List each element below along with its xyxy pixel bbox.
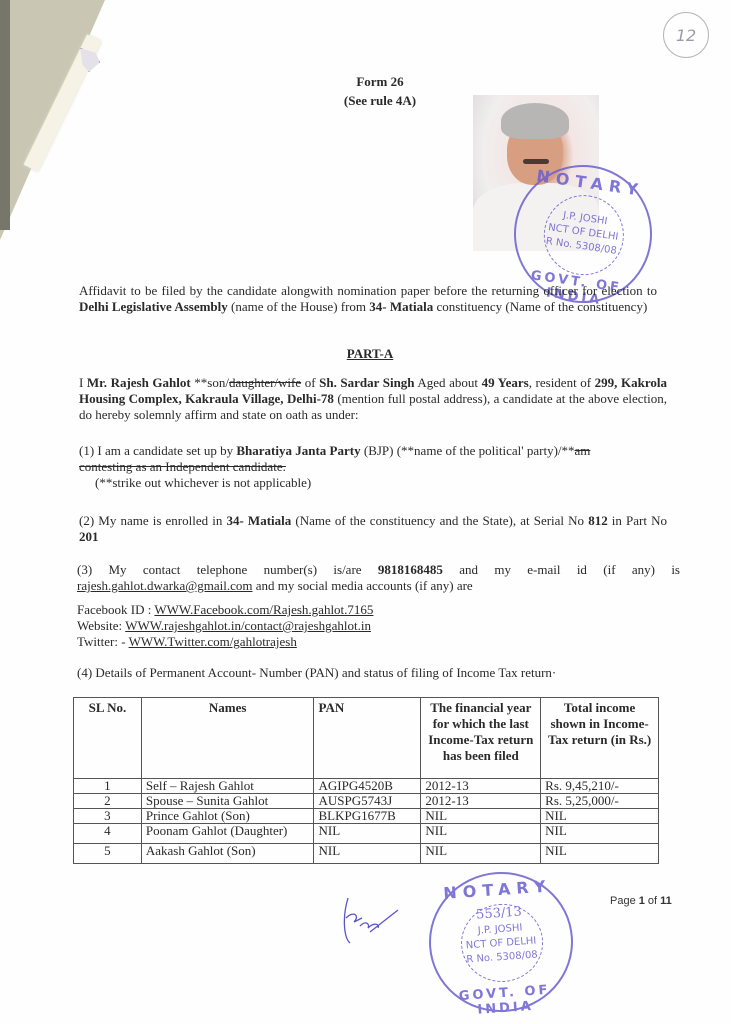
row-pan: AUSPG5743J: [314, 794, 421, 809]
serial-number: 812: [588, 513, 608, 528]
strike-note: (**strike out whichever is not applicabl…: [79, 475, 639, 491]
row-financial-year: 2012-13: [421, 794, 541, 809]
table-row: 3Prince Gahlot (Son)BLKPG1677BNILNIL: [74, 809, 659, 824]
constituency-name: 34- Matiala: [369, 299, 433, 314]
part-number: 201: [79, 529, 99, 544]
row-financial-year: NIL: [421, 809, 541, 824]
row-name: Self – Rajesh Gahlot: [141, 779, 314, 794]
social-media-accounts: Facebook ID : WWW.Facebook.com/Rajesh.ga…: [77, 602, 577, 650]
facebook-link[interactable]: WWW.Facebook.com/Rajesh.gahlot.7165: [154, 602, 373, 617]
pan-table-header: SL No. Names PAN The financial year for …: [74, 698, 659, 779]
header-pan: PAN: [314, 698, 421, 779]
table-row: 1Self – Rajesh GahlotAGIPG4520B2012-13Rs…: [74, 779, 659, 794]
row-pan: AGIPG4520B: [314, 779, 421, 794]
table-row: 4Poonam Gahlot (Daughter)NILNILNIL: [74, 824, 659, 844]
notary-stamp-bottom: NOTARY 553/13 J.P. JOSHI NCT OF DELHI R …: [424, 867, 577, 1017]
row-sl-no: 5: [74, 844, 142, 864]
row-sl-no: 4: [74, 824, 142, 844]
header-total-income: Total income shown in Income-Tax return …: [541, 698, 659, 779]
handwritten-page-number: 12: [663, 12, 709, 58]
row-total-income: Rs. 9,45,210/-: [541, 779, 659, 794]
row-sl-no: 3: [74, 809, 142, 824]
table-row: 5Aakash Gahlot (Son)NILNILNIL: [74, 844, 659, 864]
candidate-name: Mr. Rajesh Gahlot: [87, 375, 191, 390]
row-pan: BLKPG1677B: [314, 809, 421, 824]
row-total-income: Rs. 5,25,000/-: [541, 794, 659, 809]
candidate-declaration: I Mr. Rajesh Gahlot **son/daughter/wife …: [79, 375, 667, 423]
row-total-income: NIL: [541, 844, 659, 864]
pan-table: SL No. Names PAN The financial year for …: [73, 697, 659, 864]
row-name: Prince Gahlot (Son): [141, 809, 314, 824]
header-names: Names: [141, 698, 314, 779]
item-pan-heading: (4) Details of Permanent Account- Number…: [77, 665, 637, 681]
page-fold-edge-dark: [0, 0, 10, 230]
form-rule: (See rule 4A): [280, 91, 480, 110]
row-sl-no: 2: [74, 794, 142, 809]
header-sl-no: SL No.: [74, 698, 142, 779]
row-pan: NIL: [314, 844, 421, 864]
item-party: (1) I am a candidate set up by Bharatiya…: [79, 443, 639, 491]
party-name: Bharatiya Janta Party: [236, 443, 360, 458]
father-name: Sh. Sardar Singh: [319, 375, 414, 390]
email-link[interactable]: rajesh.gahlot.dwarka@gmail.com: [77, 578, 253, 593]
row-total-income: NIL: [541, 824, 659, 844]
part-heading: PART-A: [280, 346, 460, 362]
row-financial-year: NIL: [421, 844, 541, 864]
row-financial-year: 2012-13: [421, 779, 541, 794]
candidate-age: 49 Years: [482, 375, 529, 390]
item-contact: (3) My contact telephone number(s) is/ar…: [77, 562, 680, 594]
row-total-income: NIL: [541, 809, 659, 824]
row-name: Aakash Gahlot (Son): [141, 844, 314, 864]
row-name: Spouse – Sunita Gahlot: [141, 794, 314, 809]
row-pan: NIL: [314, 824, 421, 844]
twitter-link[interactable]: WWW.Twitter.com/gahlotrajesh: [129, 634, 297, 649]
website-link[interactable]: WWW.rajeshgahlot.in/contact@rajeshgahlot…: [125, 618, 371, 633]
affidavit-intro: Affidavit to be filed by the candidate a…: [79, 283, 657, 315]
row-financial-year: NIL: [421, 824, 541, 844]
row-name: Poonam Gahlot (Daughter): [141, 824, 314, 844]
house-name: Delhi Legislative Assembly: [79, 299, 228, 314]
table-row: 2Spouse – Sunita GahlotAUSPG5743J2012-13…: [74, 794, 659, 809]
row-sl-no: 1: [74, 779, 142, 794]
candidate-signature: [340, 888, 400, 948]
form-title: Form 26: [280, 72, 480, 91]
item-enrolment: (2) My name is enrolled in 34- Matiala (…: [79, 513, 667, 545]
header-financial-year: The financial year for which the last In…: [421, 698, 541, 779]
document-page: 12 Form 26 (See rule 4A) NOTARY J.P. JOS…: [0, 0, 731, 1024]
phone-number: 9818168485: [378, 562, 443, 577]
form-header: Form 26 (See rule 4A): [280, 72, 480, 110]
page-indicator: Page 1 of 11: [610, 895, 672, 907]
